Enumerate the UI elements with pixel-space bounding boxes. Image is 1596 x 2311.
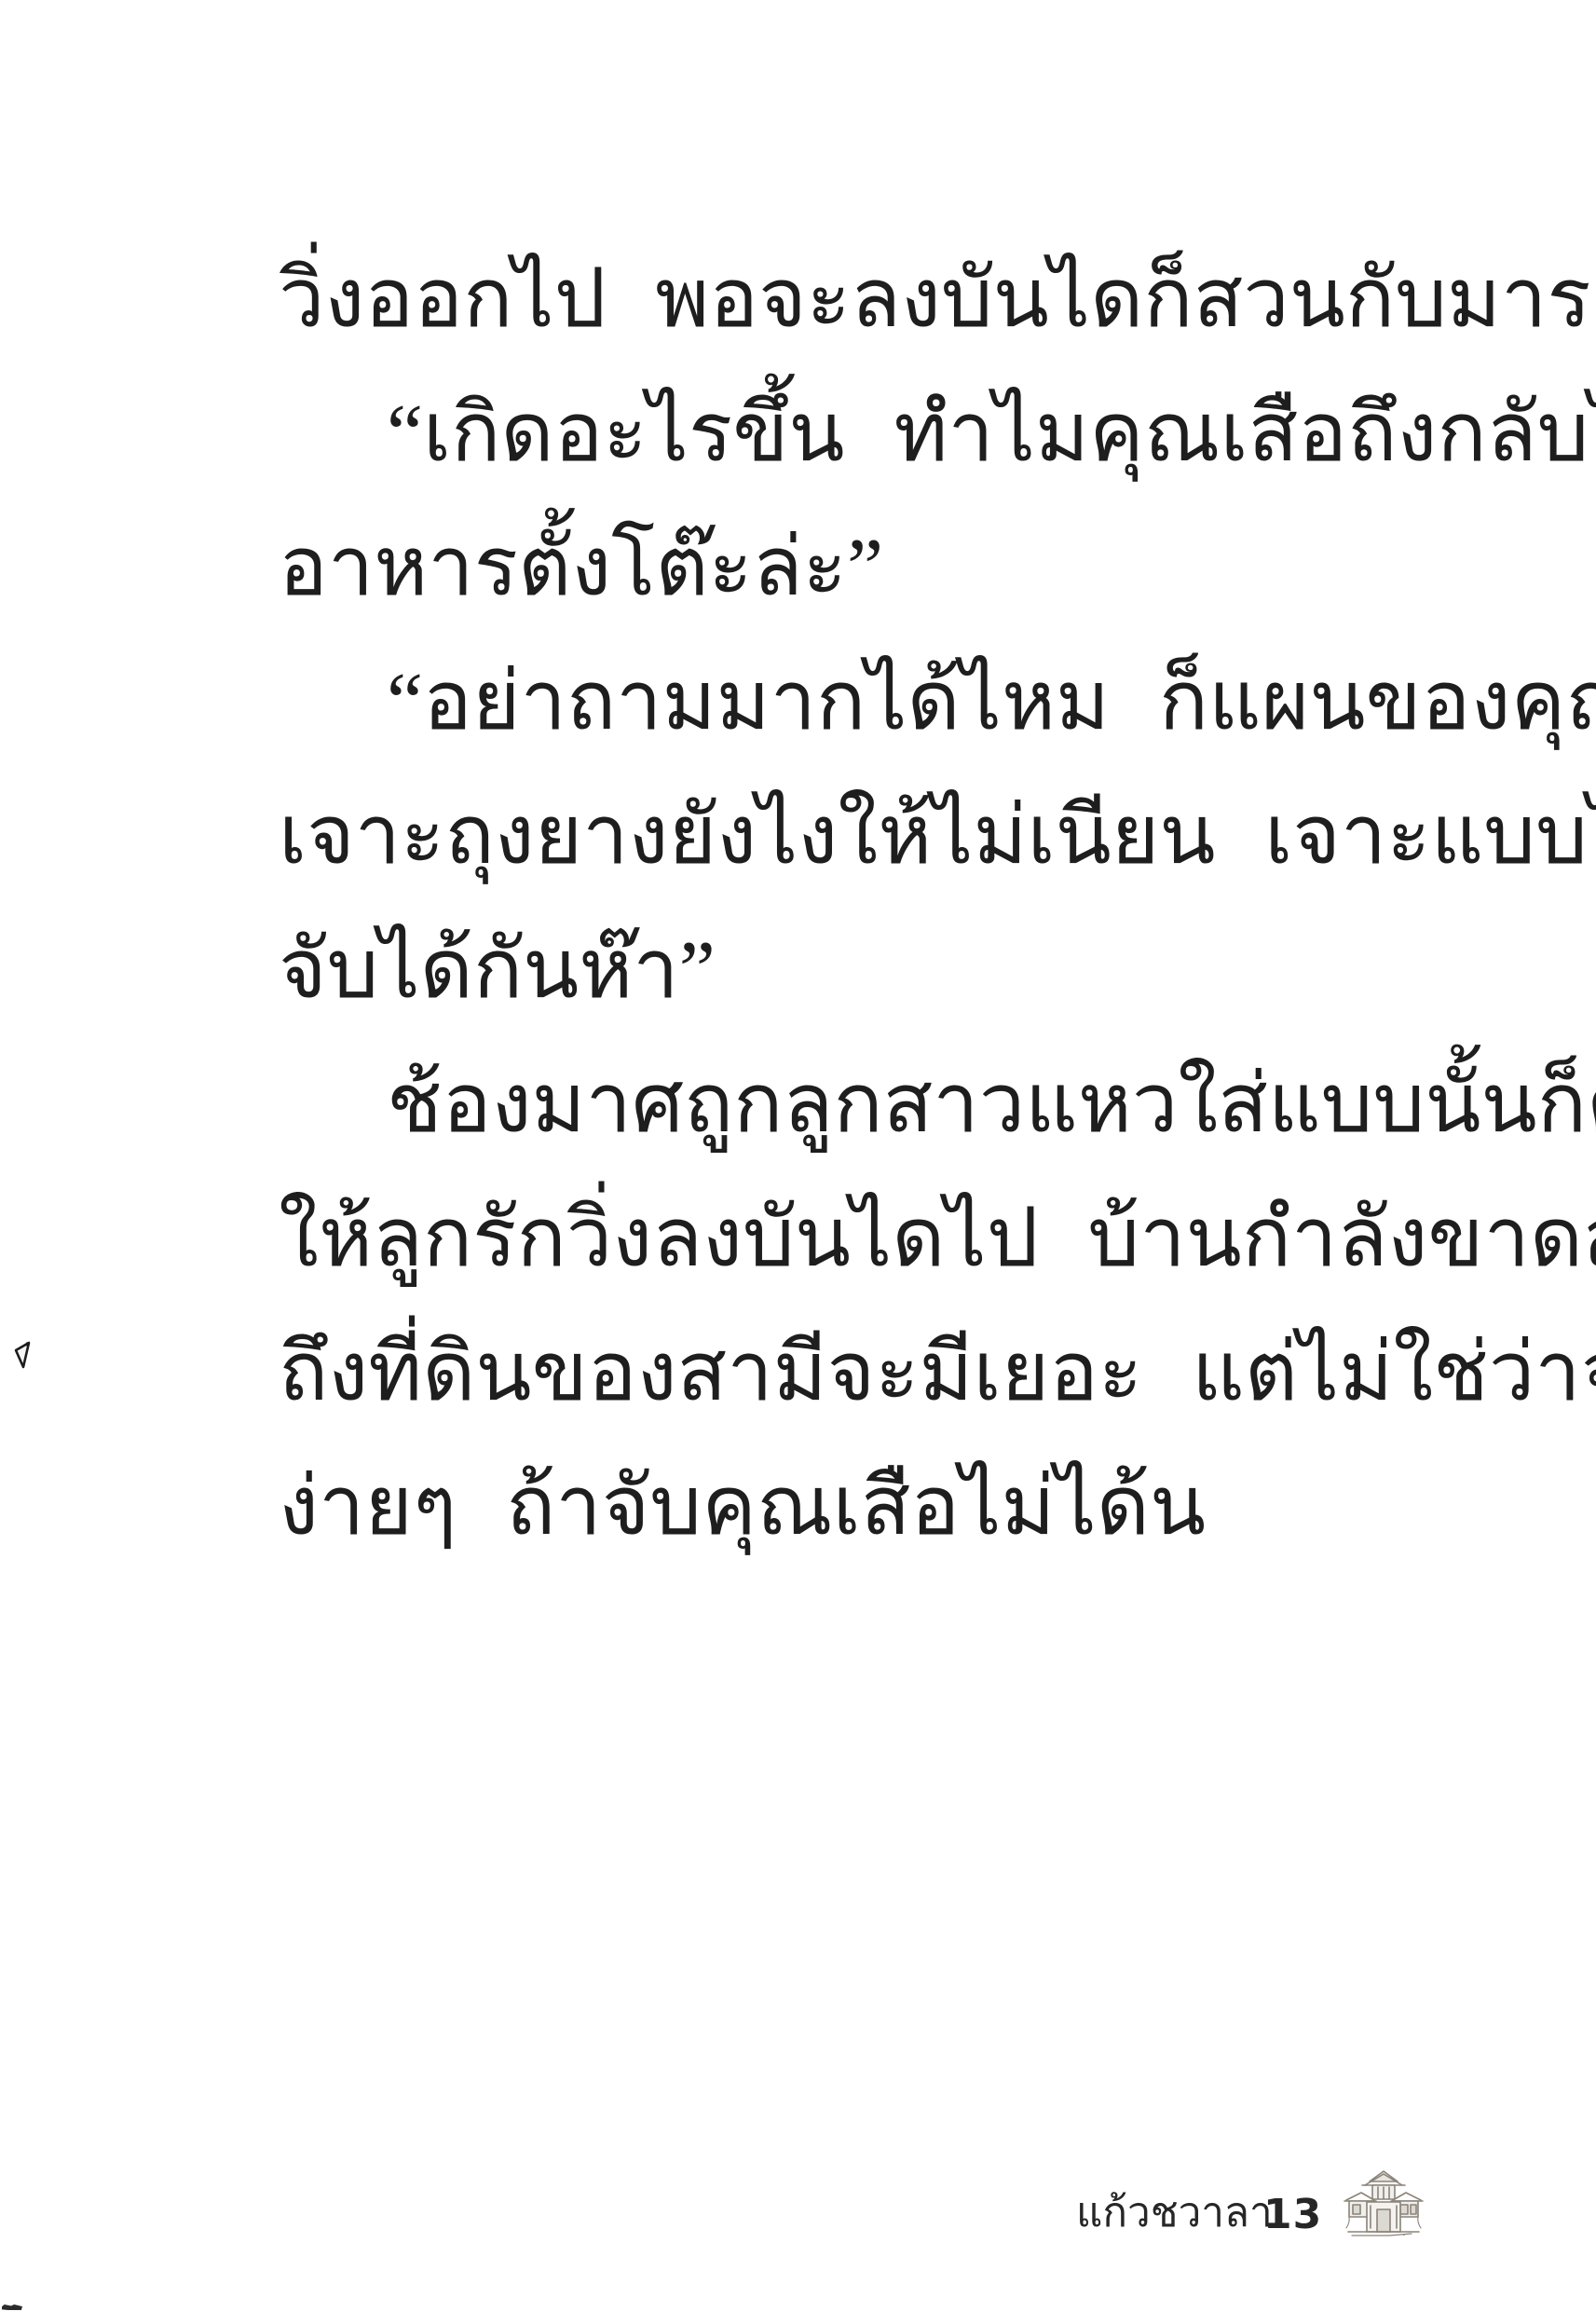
page-edge-artifact-mark (14, 1341, 33, 1371)
text-line: จับได้กันห๊า” (279, 904, 1453, 1038)
text-line: “เกิดอะไรขึ้น ทำไมคุณเสือถึงกลับไปก่อน (279, 367, 1453, 501)
text-line: ง่ายๆ ถ้าจับคุณเสือไม่ได้น (279, 1441, 1453, 1575)
text-line: ให้ลูกรักวิ่งลงบันไดไป บ้านกำลังขาดสภาพค… (279, 1172, 1453, 1306)
text-line: ถึงที่ดินของสามีจะมีเยอะ แต่ไม่ใช่ว่าจะข… (279, 1306, 1453, 1441)
text-line: “อย่าถามมากได้ไหม ก็แผนของคุณแม่นั่นแหละ (279, 636, 1453, 770)
text-line: อาหารตั้งโต๊ะล่ะ” (279, 501, 1453, 636)
running-book-title: แก้วชวาลา (1076, 2187, 1273, 2239)
house-sketch-icon (1339, 2167, 1428, 2239)
page-number: 13 (1263, 2189, 1322, 2241)
text-line: ช้องมาศถูกลูกสาวแหวใส่แบบนั้นก็ตาโต ปล่อ… (279, 1038, 1453, 1172)
page-footer: แก้วชวาลา 13 (0, 2167, 1596, 2260)
body-text: วิ่งออกไป พอจะลงบันไดก็สวนกับมารดา “เกิด… (279, 233, 1453, 1575)
text-line: วิ่งออกไป พอจะลงบันไดก็สวนกับมารดา (279, 233, 1453, 367)
corner-smudge-artifact (2, 2304, 22, 2310)
book-page: วิ่งออกไป พอจะลงบันไดก็สวนกับมารดา “เกิด… (0, 0, 1596, 2311)
text-line: เจาะถุงยางยังไงให้ไม่เนียน เจาะแบบไหนให้… (279, 770, 1453, 904)
